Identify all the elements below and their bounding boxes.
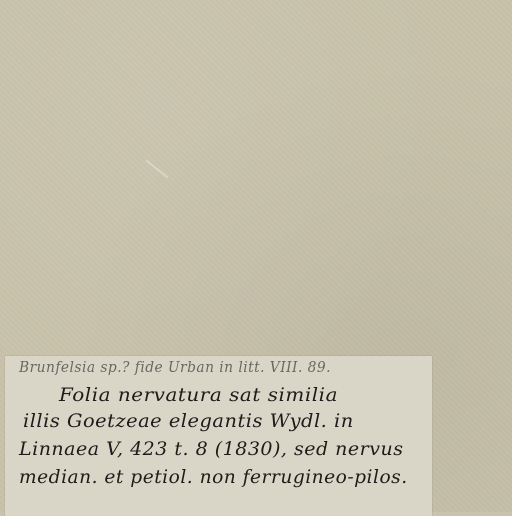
herbarium-sheet: Brunfelsia sp.? fide Urban in litt. VIII… (0, 0, 512, 512)
label-text-line-3: Linnaea V, 423 t. 8 (1830), sed nervus (19, 438, 403, 460)
specimen-label: Brunfelsia sp.? fide Urban in litt. VIII… (5, 356, 432, 512)
label-text-line-1: Folia nervatura sat similia (59, 384, 338, 406)
label-text-line-4: median. et petiol. non ferrugineo-pilos. (19, 466, 408, 488)
paper-fiber-mark (145, 160, 168, 179)
label-text-line-2: illis Goetzeae elegantis Wydl. in (23, 410, 354, 432)
label-header-determination: Brunfelsia sp.? fide Urban in litt. VIII… (19, 358, 331, 376)
